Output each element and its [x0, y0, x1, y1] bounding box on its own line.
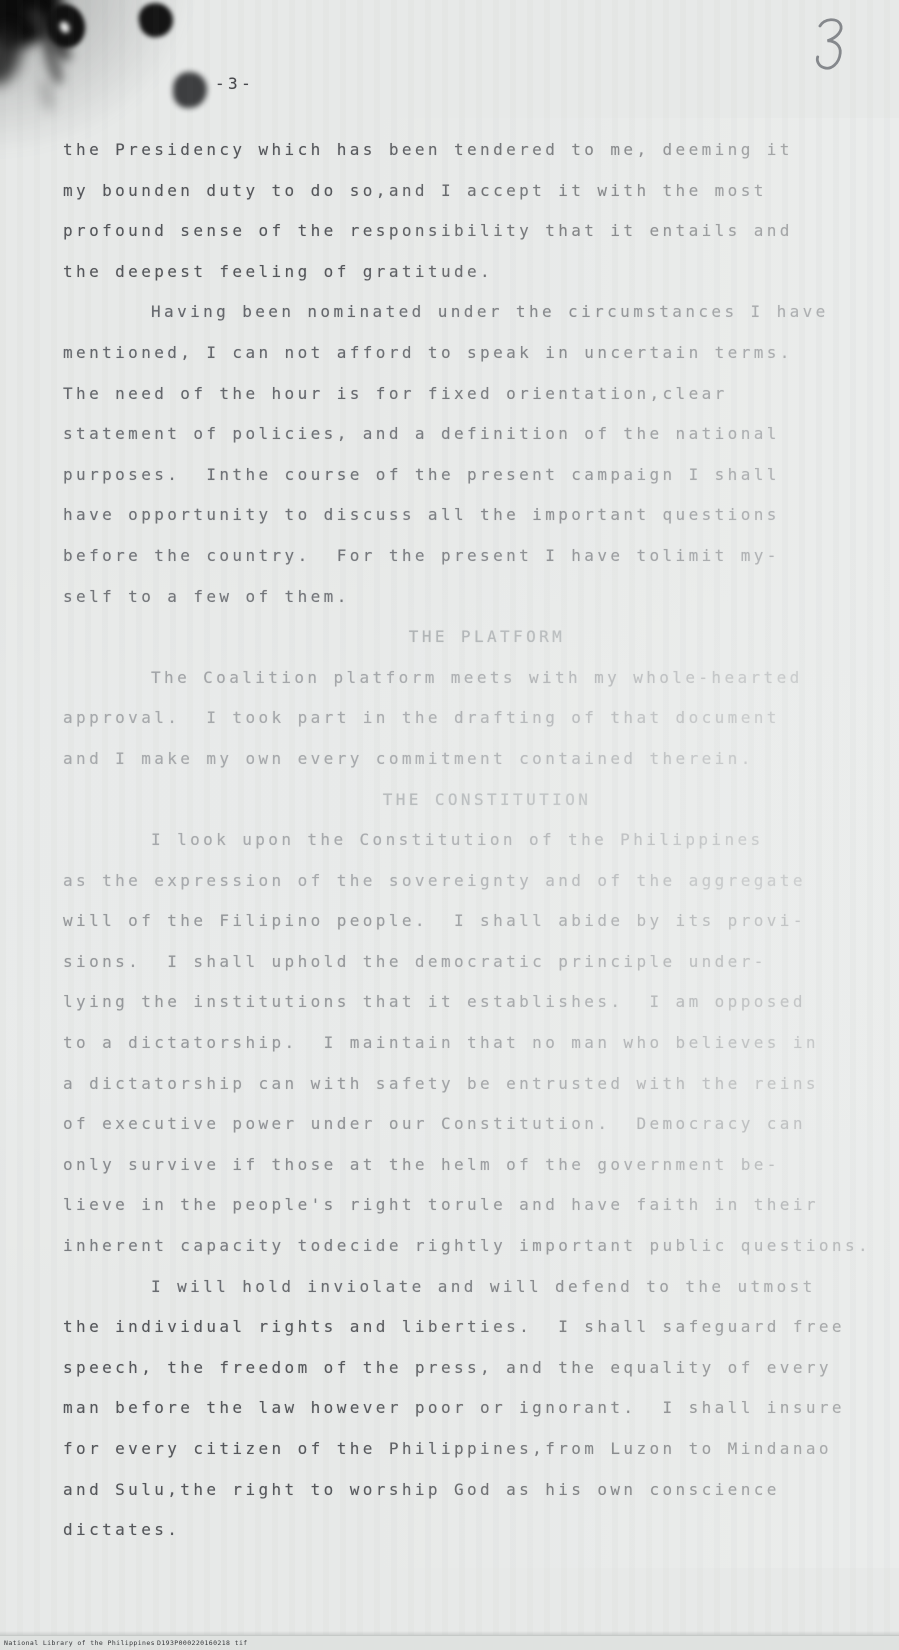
doc-line: I look upon the Constitution of the Phil…: [63, 820, 863, 861]
doc-line: the individual rights and liberties. I s…: [63, 1307, 863, 1348]
doc-line: before the country. For the present I ha…: [63, 536, 863, 577]
doc-line: self to a few of them.: [63, 577, 863, 618]
doc-line: and I make my own every commitment conta…: [63, 739, 863, 780]
scan-filename: D193P000220160218 tif: [157, 1639, 248, 1647]
doc-line: speech, the freedom of the press, and th…: [63, 1348, 863, 1389]
doc-line: man before the law however poor or ignor…: [63, 1388, 863, 1429]
doc-line: profound sense of the responsibility tha…: [63, 211, 863, 252]
doc-line: mentioned, I can not afford to speak in …: [63, 333, 863, 374]
doc-line: and Sulu,the right to worship God as his…: [63, 1470, 863, 1511]
doc-line: The Coalition platform meets with my who…: [63, 658, 863, 699]
doc-line: I will hold inviolate and will defend to…: [63, 1267, 863, 1308]
scanned-document-page: -3- the Presidency which has been tender…: [0, 0, 899, 1650]
doc-line: will of the Filipino people. I shall abi…: [63, 901, 863, 942]
doc-line: only survive if those at the helm of the…: [63, 1145, 863, 1186]
doc-line: purposes. Inthe course of the present ca…: [63, 455, 863, 496]
doc-line: statement of policies, and a definition …: [63, 414, 863, 455]
doc-line: dictates.: [63, 1510, 863, 1551]
doc-line: inherent capacity todecide rightly impor…: [63, 1226, 863, 1267]
doc-line: for every citizen of the Philippines,fro…: [63, 1429, 863, 1470]
doc-line: to a dictatorship. I maintain that no ma…: [63, 1023, 863, 1064]
footer-bar: National Library of the Philippines D193…: [0, 1635, 899, 1650]
library-name: National Library of the Philippines: [4, 1639, 155, 1647]
doc-line: The need of the hour is for fixed orient…: [63, 374, 863, 415]
handwritten-page-number: [809, 14, 849, 75]
doc-line: the Presidency which has been tendered t…: [63, 130, 863, 171]
document-body: the Presidency which has been tendered t…: [63, 130, 863, 1551]
doc-line: lying the institutions that it establish…: [63, 982, 863, 1023]
doc-line: the deepest feeling of gratitude.: [63, 252, 863, 293]
typed-page-number: -3-: [215, 74, 254, 93]
doc-line: lieve in the people's right torule and h…: [63, 1185, 863, 1226]
doc-line: a dictatorship can with safety be entrus…: [63, 1064, 863, 1105]
doc-line: approval. I took part in the drafting of…: [63, 698, 863, 739]
doc-line: my bounden duty to do so,and I accept it…: [63, 171, 863, 212]
doc-line: as the expression of the sovereignty and…: [63, 861, 863, 902]
doc-line: of executive power under our Constitutio…: [63, 1104, 863, 1145]
doc-line: sions. I shall uphold the democratic pri…: [63, 942, 863, 983]
section-heading-constitution: THE CONSTITUTION: [87, 780, 887, 821]
doc-line: Having been nominated under the circumst…: [63, 292, 863, 333]
section-heading-platform: THE PLATFORM: [87, 617, 887, 658]
doc-line: have opportunity to discuss all the impo…: [63, 495, 863, 536]
